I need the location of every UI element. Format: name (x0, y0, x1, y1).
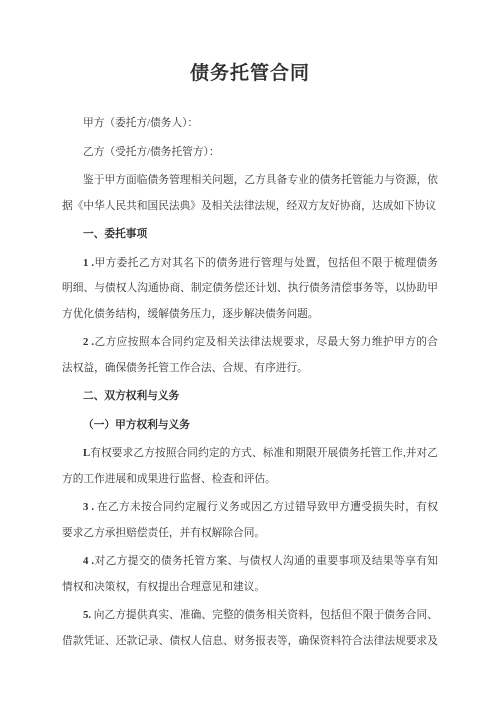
paragraph-line: 方优化债务结构，缓解债务压力，逐步解决债务问题。 (62, 302, 438, 328)
paragraph: 甲方（委托方/债务人）： (62, 111, 438, 137)
paragraph: 4 .对乙方提交的债务托管方案、与债权人沟通的重要事项及结果等享有知情权和决策权… (62, 549, 438, 600)
paragraph: 乙方（受托方/债务托管方）： (62, 140, 438, 166)
page-title: 债务托管合同 (62, 58, 438, 85)
paragraph: 1 .甲方委托乙方对其名下的债务进行管理与处置，包括但不限于梳理债务明细、与债权… (62, 251, 438, 328)
list-number: 4 . (83, 555, 94, 567)
paragraph: 5. 向乙方提供真实、准确、完整的债务相关资料，包括但不限于债务合同、借款凭证、… (62, 603, 438, 654)
paragraph-line: 2 .乙方应按照本合同约定及相关法律法规要求，尽最大努力维护甲方的合 (62, 330, 438, 356)
paragraph-line: 4 .对乙方提交的债务托管方案、与债权人沟通的重要事项及结果等享有知 (62, 549, 438, 575)
list-number: 5. (83, 609, 91, 621)
paragraph-line: 甲方（委托方/债务人）： (62, 111, 438, 137)
paragraph-line: 3 . 在乙方未按合同约定履行义务或因乙方过错导致甲方遭受损失时，有权 (62, 495, 438, 521)
paragraph: L有权要求乙方按照合同约定的方式、标准和期限开展债务托管工作,并对乙方的工作进展… (62, 441, 438, 492)
paragraph-line: 要求乙方承担赔偿责任，并有权解除合同。 (62, 521, 438, 547)
paragraph-line: 方的工作进展和成果进行监督、检查和评估。 (62, 467, 438, 493)
paragraph-line: 据《中华人民共和国民法典》及相关法律法规，经双方友好协商，达成如下协议 (62, 194, 438, 220)
paragraph-line: （一）甲方权利与义务 (62, 413, 438, 439)
paragraph-line: 5. 向乙方提供真实、准确、完整的债务相关资料，包括但不限于债务合同、 (62, 603, 438, 629)
paragraph-line: 明细、与债权人沟通协商、制定债务偿还计划、执行债务清偿事务等，以协助甲 (62, 276, 438, 302)
paragraph: 3 . 在乙方未按合同约定履行义务或因乙方过错导致甲方遭受损失时，有权要求乙方承… (62, 495, 438, 546)
document-page: 债务托管合同 甲方（委托方/债务人）：乙方（受托方/债务托管方）：鉴于甲方面临债… (0, 0, 500, 707)
paragraph-line: 法权益，确保债务托管工作合法、合规、有序进行。 (62, 356, 438, 382)
paragraph-line: 二、双方权利与义务 (62, 384, 438, 410)
paragraph-line: 情权和决策权，有权提出合理意见和建议。 (62, 575, 438, 601)
list-number: 3 . (83, 501, 94, 513)
section-heading: 二、双方权利与义务 (62, 384, 438, 410)
paragraph: 2 .乙方应按照本合同约定及相关法律法规要求，尽最大努力维护甲方的合法权益，确保… (62, 330, 438, 381)
paragraph-line: 乙方（受托方/债务托管方）： (62, 140, 438, 166)
list-number: L (83, 447, 90, 459)
paragraph-line: L有权要求乙方按照合同约定的方式、标准和期限开展债务托管工作,并对乙 (62, 441, 438, 467)
document-body: 甲方（委托方/债务人）：乙方（受托方/债务托管方）：鉴于甲方面临债务管理相关问题… (62, 111, 438, 654)
section-heading: 一、委托事项 (62, 222, 438, 248)
list-number: 2 . (83, 336, 94, 348)
list-number: 1 . (83, 257, 94, 269)
paragraph-line: 借款凭证、还款记录、债权人信息、财务报表等，确保资料符合法律法规要求及 (62, 629, 438, 655)
paragraph: 鉴于甲方面临债务管理相关问题，乙方具备专业的债务托管能力与资源，依据《中华人民共… (62, 168, 438, 219)
paragraph-line: 一、委托事项 (62, 222, 438, 248)
paragraph-line: 鉴于甲方面临债务管理相关问题，乙方具备专业的债务托管能力与资源，依 (62, 168, 438, 194)
paragraph-line: 1 .甲方委托乙方对其名下的债务进行管理与处置，包括但不限于梳理债务 (62, 251, 438, 277)
section-heading: （一）甲方权利与义务 (62, 413, 438, 439)
